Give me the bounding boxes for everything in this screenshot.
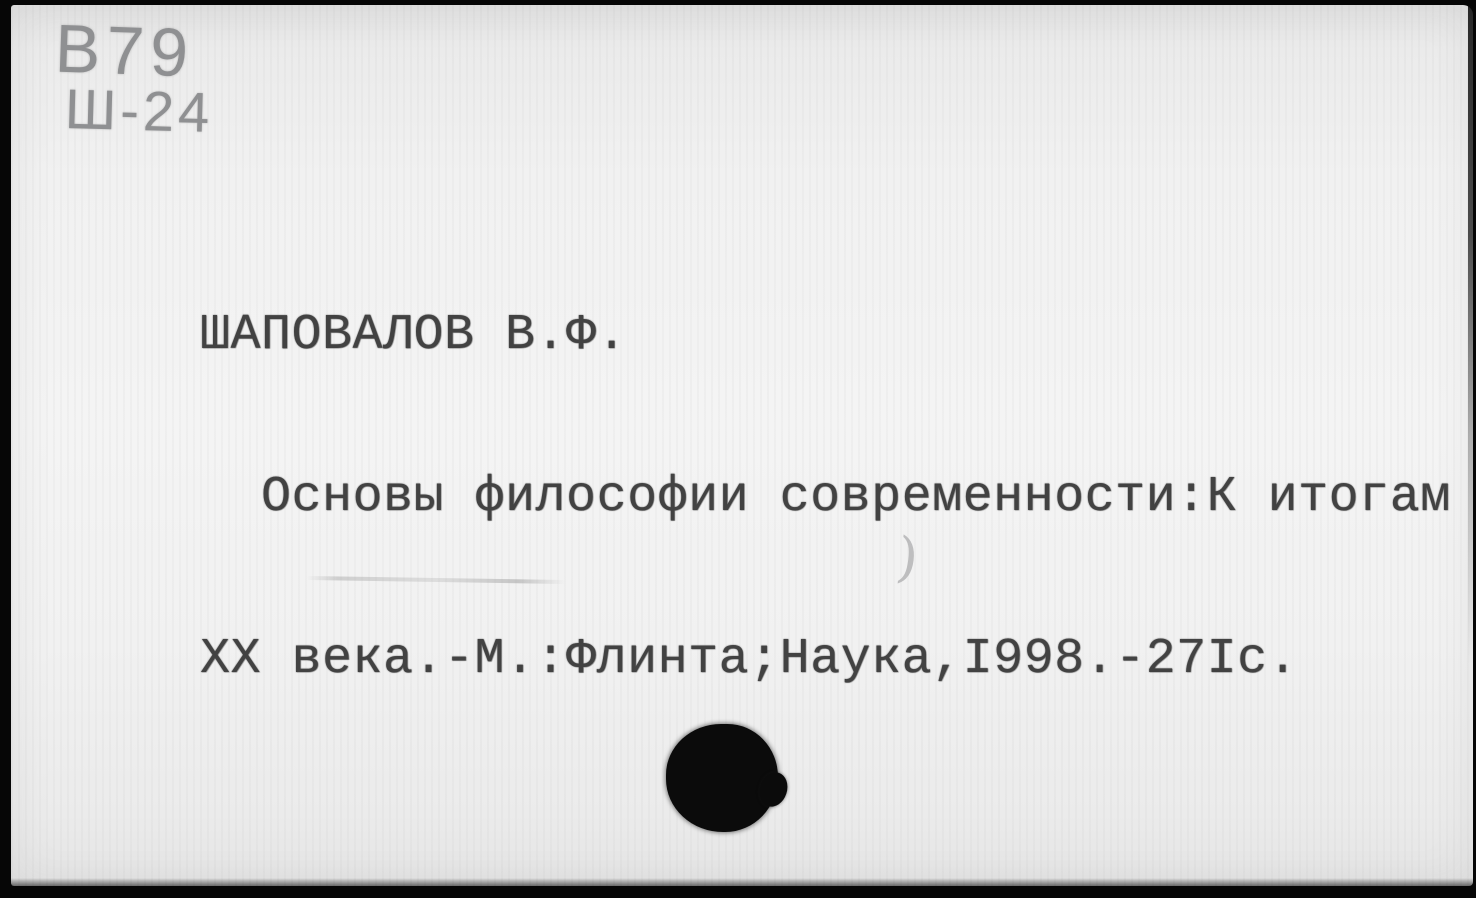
catalog-card: В79 Ш-24 ШАПОВАЛОВ В.Ф. Основы философии… (11, 5, 1473, 886)
entry-author-line: ШАПОВАЛОВ В.Ф. (200, 309, 1451, 363)
author-cutter-mark: Ш-24 (64, 81, 214, 141)
entry-title-line: Основы философии современности:К итогам (200, 471, 1451, 525)
bibliographic-entry: ШАПОВАЛОВ В.Ф. Основы философии современ… (200, 201, 1451, 795)
scan-bottom-edge-shadow (11, 878, 1473, 886)
punch-hole-dot (666, 724, 778, 832)
scan-right-edge-shadow (1468, 5, 1473, 665)
entry-imprint-line: XX века.-М.:Флинта;Наука,I998.-27Iс. (200, 633, 1451, 687)
scanned-catalog-card-page: { "scan": { "call_number": { "classifica… (0, 0, 1476, 898)
